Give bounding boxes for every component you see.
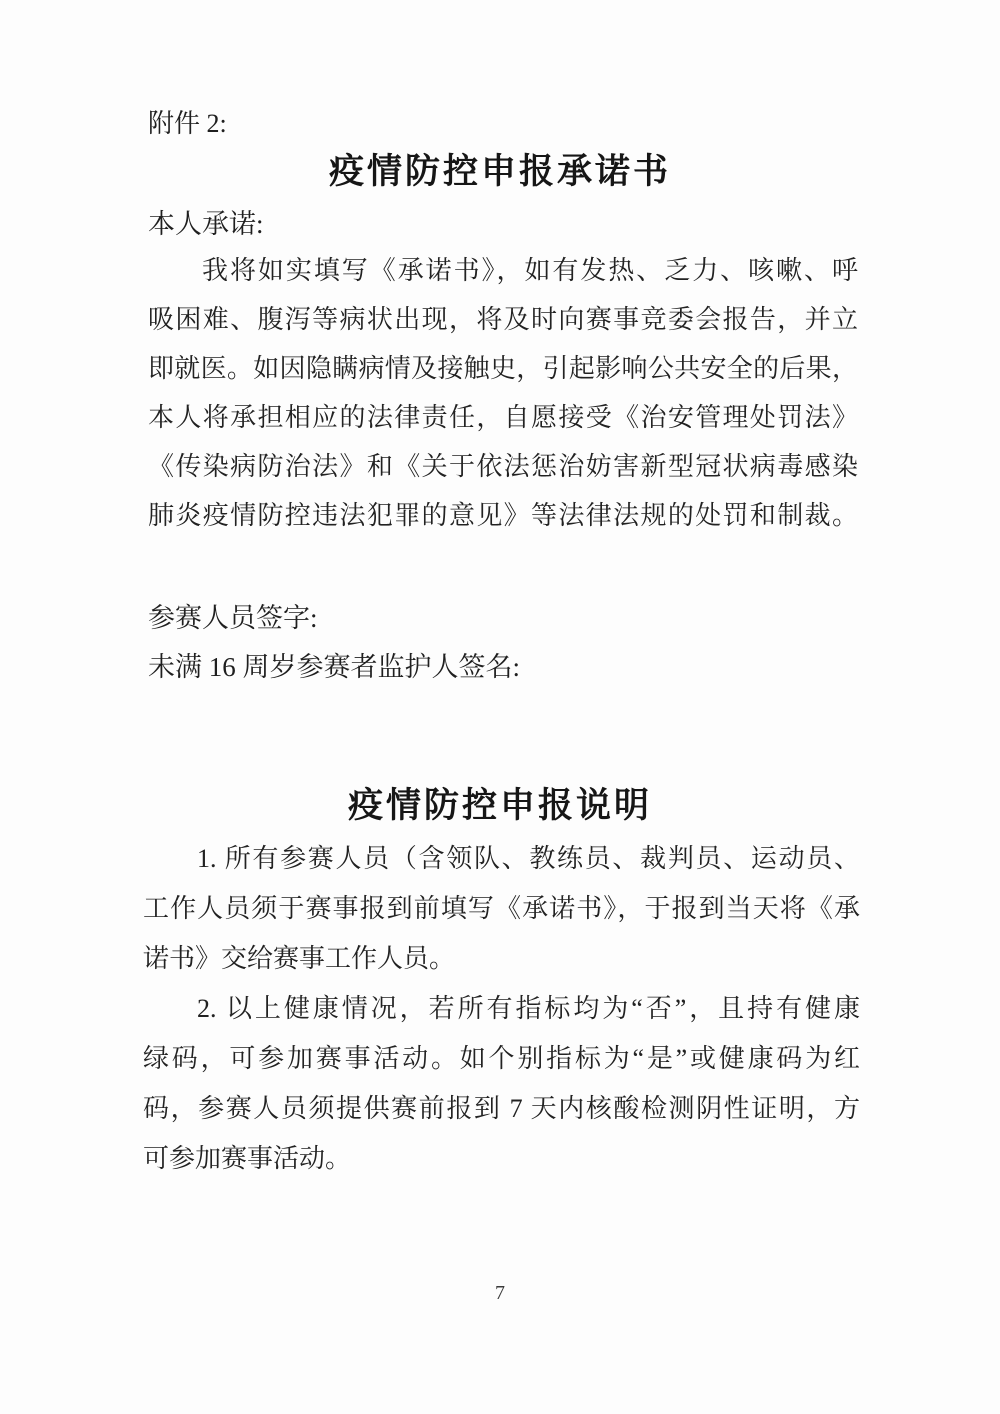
promise-label: 本人承诺: [148,204,264,244]
text-line: 吸困难、腹泻等病状出现，将及时向赛事竞委会报告，并立 [148,295,858,344]
text-line: 工作人员须于赛事报到前填写《承诺书》，于报到当天将《承 [143,884,860,934]
commitment-body-paragraph: 我将如实填写《承诺书》，如有发热、乏力、咳嗽、呼吸困难、腹泻等病状出现，将及时向… [148,246,858,540]
text-line: 2. 以上健康情况，若所有指标均为“否”，且持有健康 [143,984,860,1034]
commitment-title: 疫情防控申报承诺书 [0,148,1000,196]
text-line: 可参加赛事活动。 [143,1134,860,1184]
text-line: 1. 所有参赛人员（含领队、教练员、裁判员、运动员、 [143,834,860,884]
instructions-item-2: 2. 以上健康情况，若所有指标均为“否”，且持有健康绿码，可参加赛事活动。如个别… [143,984,860,1184]
text-line: 码，参赛人员须提供赛前报到 7 天内核酸检测阴性证明，方 [143,1084,860,1134]
page-number: 7 [0,1282,1000,1305]
text-line: 绿码，可参加赛事活动。如个别指标为“是”或健康码为红 [143,1034,860,1084]
instructions-item-1: 1. 所有参赛人员（含领队、教练员、裁判员、运动员、工作人员须于赛事报到前填写《… [143,834,860,984]
text-line: 我将如实填写《承诺书》，如有发热、乏力、咳嗽、呼 [148,246,858,295]
instructions-title: 疫情防控申报说明 [0,782,1000,830]
document-page: 附件 2: 疫情防控申报承诺书 本人承诺: 我将如实填写《承诺书》，如有发热、乏… [0,0,1000,1414]
text-line: 《传染病防治法》和《关于依法惩治妨害新型冠状病毒感染 [148,442,858,491]
text-line: 即就医。如因隐瞒病情及接触史，引起影响公共安全的后果， [148,344,858,393]
participant-signature-label: 参赛人员签字: [148,598,318,638]
attachment-label: 附件 2: [148,106,227,142]
text-line: 本人将承担相应的法律责任，自愿接受《治安管理处罚法》 [148,393,858,442]
guardian-signature-label: 未满 16 周岁参赛者监护人签名: [148,647,520,687]
text-line: 肺炎疫情防控违法犯罪的意见》等法律法规的处罚和制裁。 [148,491,858,540]
text-line: 诺书》交给赛事工作人员。 [143,934,860,984]
